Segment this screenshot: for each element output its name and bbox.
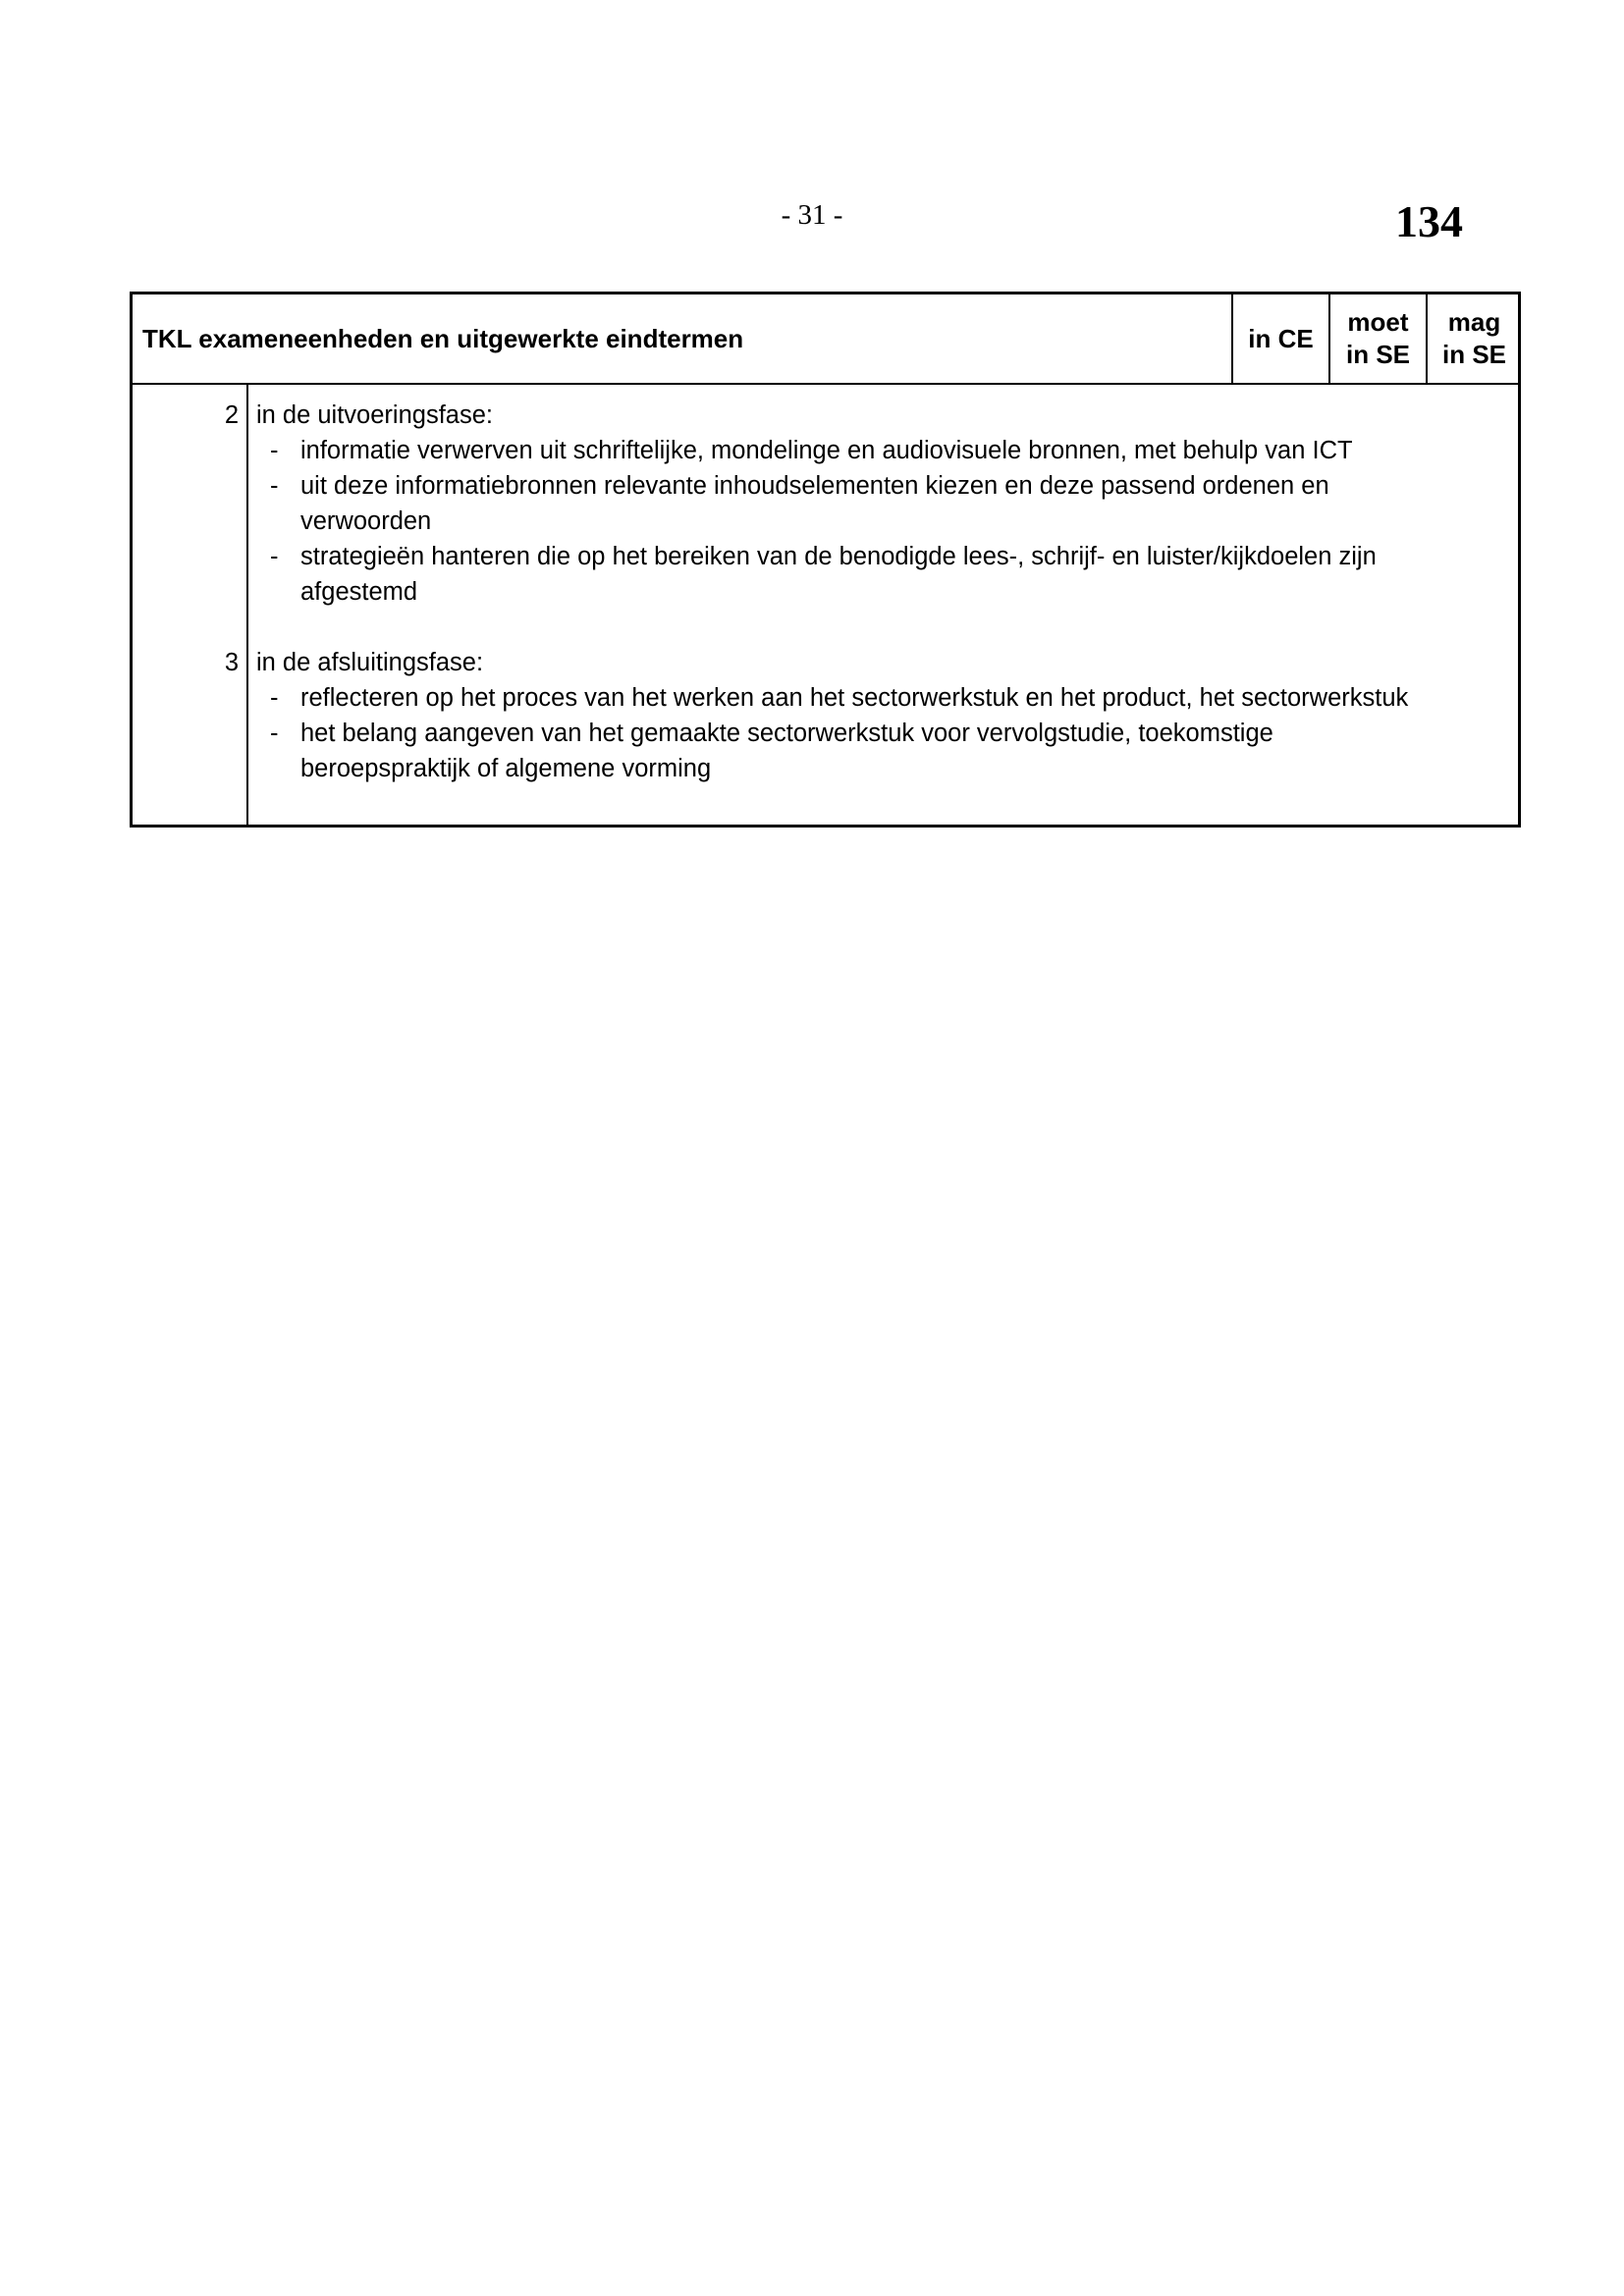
section-content: in de uitvoeringsfase:-informatie verwer… bbox=[256, 398, 1510, 610]
bullet-dash: - bbox=[270, 716, 279, 751]
document-number: 134 bbox=[1355, 194, 1463, 249]
header-mag-line2: in SE bbox=[1442, 339, 1506, 371]
list-item: -het belang aangeven van het gemaakte se… bbox=[256, 716, 1510, 786]
bullet-text-line: uit deze informatiebronnen relevante inh… bbox=[300, 468, 1510, 504]
bullet-text-line: verwoorden bbox=[300, 504, 1510, 539]
bullet-dash: - bbox=[270, 468, 279, 504]
list-item: -uit deze informatiebronnen relevante in… bbox=[256, 468, 1510, 539]
header-mag-line1: mag bbox=[1442, 306, 1506, 339]
table-header: TKL exameneenheden en uitgewerkte eindte… bbox=[133, 294, 1518, 385]
header-moet-line2: in SE bbox=[1346, 339, 1410, 371]
bullet-dash: - bbox=[270, 680, 279, 716]
bullet-dash: - bbox=[270, 433, 279, 468]
bullet-text-line: beroepspraktijk of algemene vorming bbox=[300, 751, 1510, 786]
bullet-text-line: het belang aangeven van het gemaakte sec… bbox=[300, 716, 1510, 751]
section-heading: in de uitvoeringsfase: bbox=[256, 398, 1510, 433]
table-body: 2in de uitvoeringsfase:-informatie verwe… bbox=[133, 385, 1518, 825]
header-title: TKL exameneenheden en uitgewerkte eindte… bbox=[133, 294, 1231, 383]
section-heading: in de afsluitingsfase: bbox=[256, 645, 1510, 680]
number-column-divider bbox=[246, 385, 248, 825]
bullet-text-line: informatie verwerven uit schriftelijke, … bbox=[300, 433, 1510, 468]
page-number: - 31 - bbox=[746, 198, 878, 232]
list-item: -strategieën hanteren die op het bereike… bbox=[256, 539, 1510, 610]
list-item: -informatie verwerven uit schriftelijke,… bbox=[256, 433, 1510, 468]
section-number: 2 bbox=[133, 398, 239, 433]
section-number: 3 bbox=[133, 645, 239, 680]
bullet-text-line: afgestemd bbox=[300, 574, 1510, 610]
bullet-text-line: strategieën hanteren die op het bereiken… bbox=[300, 539, 1510, 574]
list-item: -reflecteren op het proces van het werke… bbox=[256, 680, 1510, 716]
header-in-ce: in CE bbox=[1231, 294, 1328, 383]
eindtermen-table: TKL exameneenheden en uitgewerkte eindte… bbox=[130, 292, 1521, 828]
header-mag-in-se: mag in SE bbox=[1426, 294, 1521, 383]
bullet-text-line: reflecteren op het proces van het werken… bbox=[300, 680, 1510, 716]
bullet-dash: - bbox=[270, 539, 279, 574]
header-moet-in-se: moet in SE bbox=[1328, 294, 1426, 383]
section-content: in de afsluitingsfase:-reflecteren op he… bbox=[256, 645, 1510, 786]
header-moet-line1: moet bbox=[1346, 306, 1410, 339]
